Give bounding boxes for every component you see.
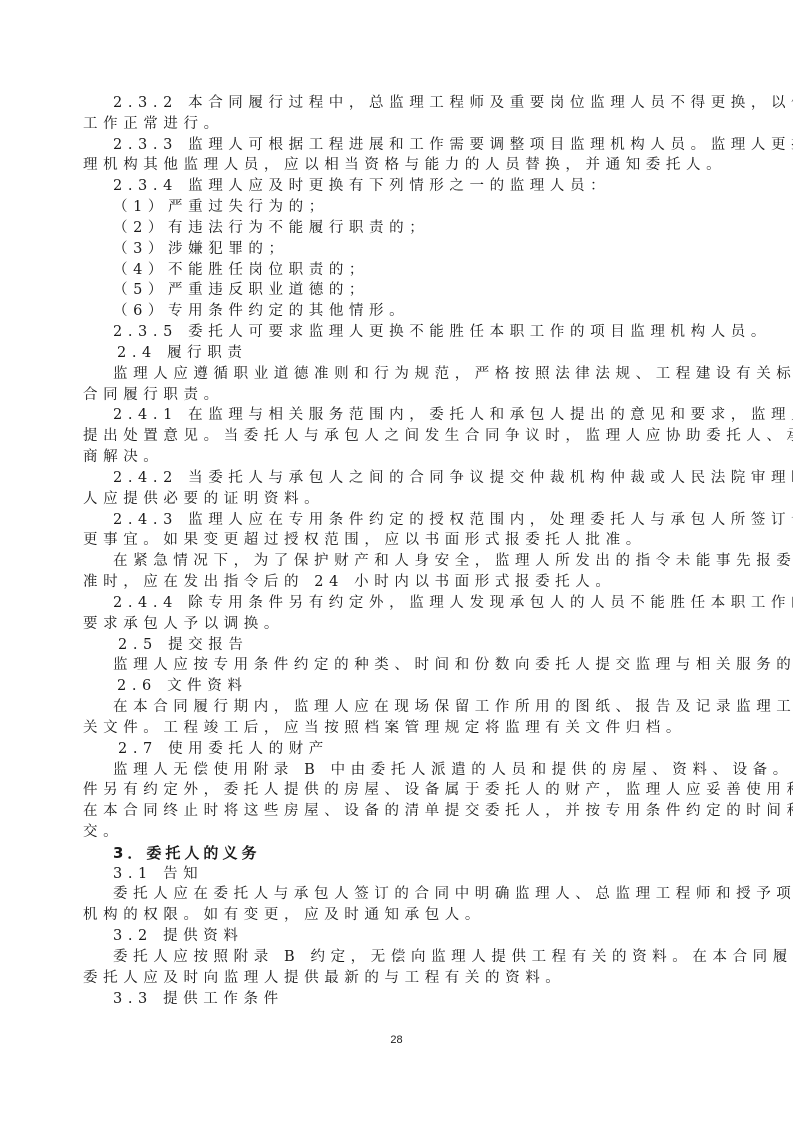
list-item-2: （2）有违法行为不能履行职责的； (83, 218, 713, 239)
clause-2-3-3-line-1: 2.3.3 监理人可根据工程进展和工作需要调整项目监理机构人员。监理人更换项目监 (83, 135, 713, 156)
emergency-paragraph-line-1: 在紧急情况下，为了保护财产和人身安全，监理人所发出的指令未能事先报委托人批 (83, 551, 713, 572)
paragraph-2-5: 监理人应按专用条件约定的种类、时间和份数向委托人提交监理与相关服务的报告。 (83, 655, 713, 676)
clause-2-3-2-line-1: 2.3.2 本合同履行过程中，总监理工程师及重要岗位监理人员不得更换，以保证监理 (83, 93, 713, 114)
clause-2-3-4: 2.3.4 监理人应及时更换有下列情形之一的监理人员： (83, 176, 713, 197)
list-item-3: （3）涉嫌犯罪的； (83, 239, 713, 260)
clause-2-4-3-line-1: 2.4.3 监理人应在专用条件约定的授权范围内，处理委托人与承包人所签订合同的变 (83, 510, 713, 531)
clause-2-4-1-line-2: 提出处置意见。当委托人与承包人之间发生合同争议时，监理人应协助委托人、承包人协 (83, 426, 713, 447)
document-body: 2.3.2 本合同履行过程中，总监理工程师及重要岗位监理人员不得更换，以保证监理… (83, 93, 713, 1009)
section-heading-2-5: 2.5 提交报告 (83, 635, 713, 656)
section-heading-2-6: 2.6 文件资料 (83, 676, 713, 697)
clause-2-4-1-line-3: 商解决。 (83, 447, 713, 468)
section-heading-2-7: 2.7 使用委托人的财产 (83, 739, 713, 760)
paragraph-2-7-line-2: 件另有约定外，委托人提供的房屋、设备属于委托人的财产，监理人应妥善使用和保管， (83, 780, 713, 801)
clause-2-3-2-line-2: 工作正常进行。 (83, 114, 713, 135)
clause-2-3-3-line-2: 理机构其他监理人员，应以相当资格与能力的人员替换，并通知委托人。 (83, 155, 713, 176)
list-item-4: （4）不能胜任岗位职责的； (83, 260, 713, 281)
clause-2-4-2-line-2: 人应提供必要的证明资料。 (83, 489, 713, 510)
clause-2-4-1-line-1: 2.4.1 在监理与相关服务范围内，委托人和承包人提出的意见和要求，监理人应及时 (83, 405, 713, 426)
list-item-6: （6）专用条件约定的其他情形。 (83, 301, 713, 322)
chapter-heading-3: 3．委托人的义务 (83, 843, 713, 864)
clause-2-4-3-line-2: 更事宜。如果变更超过授权范围，应以书面形式报委托人批准。 (83, 530, 713, 551)
paragraph-3-2-line-2: 委托人应及时向监理人提供最新的与工程有关的资料。 (83, 968, 713, 989)
section-heading-3-3: 3.3 提供工作条件 (83, 989, 713, 1010)
clause-2-4-4-line-1: 2.4.4 除专用条件另有约定外，监理人发现承包人的人员不能胜任本职工作的，有权 (83, 593, 713, 614)
clause-2-4-4-line-2: 要求承包人予以调换。 (83, 614, 713, 635)
paragraph-2-6-line-1: 在本合同履行期内，监理人应在现场保留工作所用的图纸、报告及记录监理工作的相 (83, 697, 713, 718)
clause-2-3-5: 2.3.5 委托人可要求监理人更换不能胜任本职工作的项目监理机构人员。 (83, 322, 713, 343)
paragraph-3-1-line-2: 机构的权限。如有变更，应及时通知承包人。 (83, 905, 713, 926)
paragraph-2-6-line-2: 关文件。工程竣工后，应当按照档案管理规定将监理有关文件归档。 (83, 718, 713, 739)
paragraph-2-4-line-2: 合同履行职责。 (83, 385, 713, 406)
document-page: 2.3.2 本合同履行过程中，总监理工程师及重要岗位监理人员不得更换，以保证监理… (0, 0, 793, 1123)
paragraph-3-1-line-1: 委托人应在委托人与承包人签订的合同中明确监理人、总监理工程师和授予项目监理 (83, 884, 713, 905)
paragraph-2-7-line-1: 监理人无偿使用附录 B 中由委托人派遣的人员和提供的房屋、资料、设备。除专用条 (83, 760, 713, 781)
emergency-paragraph-line-2: 准时，应在发出指令后的 24 小时内以书面形式报委托人。 (83, 572, 713, 593)
page-number: 28 (0, 1034, 793, 1046)
paragraph-2-4-line-1: 监理人应遵循职业道德准则和行为规范，严格按照法律法规、工程建设有关标准及本 (83, 364, 713, 385)
clause-2-4-2-line-1: 2.4.2 当委托人与承包人之间的合同争议提交仲裁机构仲裁或人民法院审理时，监理 (83, 468, 713, 489)
section-heading-3-1: 3.1 告知 (83, 864, 713, 885)
section-heading-2-4: 2.4 履行职责 (83, 343, 713, 364)
paragraph-3-2-line-1: 委托人应按照附录 B 约定，无偿向监理人提供工程有关的资料。在本合同履行过程中， (83, 947, 713, 968)
list-item-1: （1）严重过失行为的； (83, 197, 713, 218)
list-item-5: （5）严重违反职业道德的； (83, 280, 713, 301)
paragraph-2-7-line-3: 在本合同终止时将这些房屋、设备的清单提交委托人，并按专用条件约定的时间和方式移 (83, 801, 713, 822)
section-heading-3-2: 3.2 提供资料 (83, 926, 713, 947)
paragraph-2-7-line-4: 交。 (83, 822, 713, 843)
